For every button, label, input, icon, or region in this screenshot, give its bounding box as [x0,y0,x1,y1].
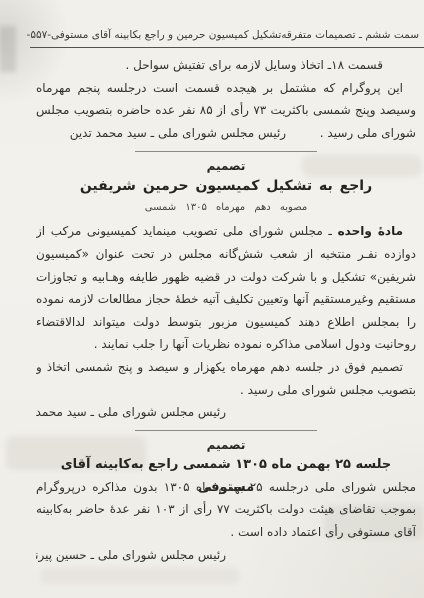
body-line: روحانیت ودول اسلامی مذاکره نموده نظریات … [36,333,416,356]
section-separator [36,424,416,437]
decision-title: راجع به تشکیل کمیسیون حرمین شریفین [36,175,416,198]
body-line: بموجب تقاضای هیئت دولت باکثریت ۷۷ رأی از… [36,498,416,521]
body-line: مستقیم وغیرمستقیم آنها وتعیین تکلیف آتیه… [36,288,416,311]
body-line: مجلس شورای ملی درجلسه ۲۵ بهمن ماه ۱۳۰۵ ب… [36,476,416,499]
page-header: سمت ششم ـ تصمیمات متفرقه تشکیل کمیسیون ح… [34,29,419,41]
section-separator [36,144,416,158]
decision-title: جلسه ۲۵ بهمن ماه ۱۳۰۵ شمسی راجع به‌کابین… [36,453,416,476]
body-line: آقای مستوفی رأی اعتماد داده است . [36,521,416,544]
header-section-title: سمت ششم ـ تصمیمات متفرقه [281,29,419,41]
scanned-document-page: سمت ششم ـ تصمیمات متفرقه تشکیل کمیسیون ح… [0,0,424,598]
body-line-end: شورای ملی رسید . [320,122,416,145]
article-first-line: مادهٔ واحده ـ مجلس شورای ملی تصویب مینما… [36,220,416,243]
signature-line: رئیس مجلس شورای ملی ـ سید محمد تدین [70,122,286,145]
body-line-with-signature: شورای ملی رسید . رئیس مجلس شورای ملی ـ س… [36,122,416,145]
header-rule [30,47,424,48]
article-text: ـ مجلس شورای ملی تصویب مینماید کمیسیونی … [36,224,332,238]
separator-rule [135,430,317,431]
decision-kicker: تصمیم [36,437,416,453]
body-line: وسیصد وپنج شمسی باکثریت ۷۳ رأی از ۸۵ نفر… [36,99,416,122]
separator-rule [135,151,317,152]
ink-bleed-artifact [40,568,240,584]
decision-subtitle: مصوبه دهم مهرماه ۱۳۰۵ شمسی [36,198,416,220]
body-line: بتصویب مجلس شورای ملی رسید . [36,379,416,402]
decision-kicker: تصمیم [36,158,416,175]
body-line: این پروگرام که مشتمل بر هیجده قسمت است د… [36,77,416,100]
document-body: قسمت ۱۸ـ اتخاذ وسایل لازمه برای تفتیش سو… [36,54,416,566]
body-line: تصمیم فوق در جلسه دهم مهرماه یکهزار و سی… [36,356,416,379]
body-line: شریفین» تشکیل و با شرکت دولت در قضیه ظهو… [36,266,416,289]
program-item-line: قسمت ۱۸ـ اتخاذ وسایل لازمه برای تفتیش سو… [36,54,416,77]
page-number: -۵۵۷- [27,29,52,41]
body-line: دوازده نفـر منتخبه از شعب شش‌گانه مجلس د… [36,243,416,266]
scan-shadow-artifact [0,26,16,72]
signature-line: رئیس مجلس شورای ملی ـ سید محمد تدین [36,401,416,424]
body-line: را بمجلس اطلاع دهند کمیسیون مزبور بتوسط … [36,311,416,334]
signature-line: رئیس مجلس شورای ملی ـ حسین پیرنیا [36,544,416,567]
header-running-title: تشکیل کمیسیون حرمین و راجع بکابینه آقای … [51,29,281,41]
article-label: مادهٔ واحده [338,224,403,238]
